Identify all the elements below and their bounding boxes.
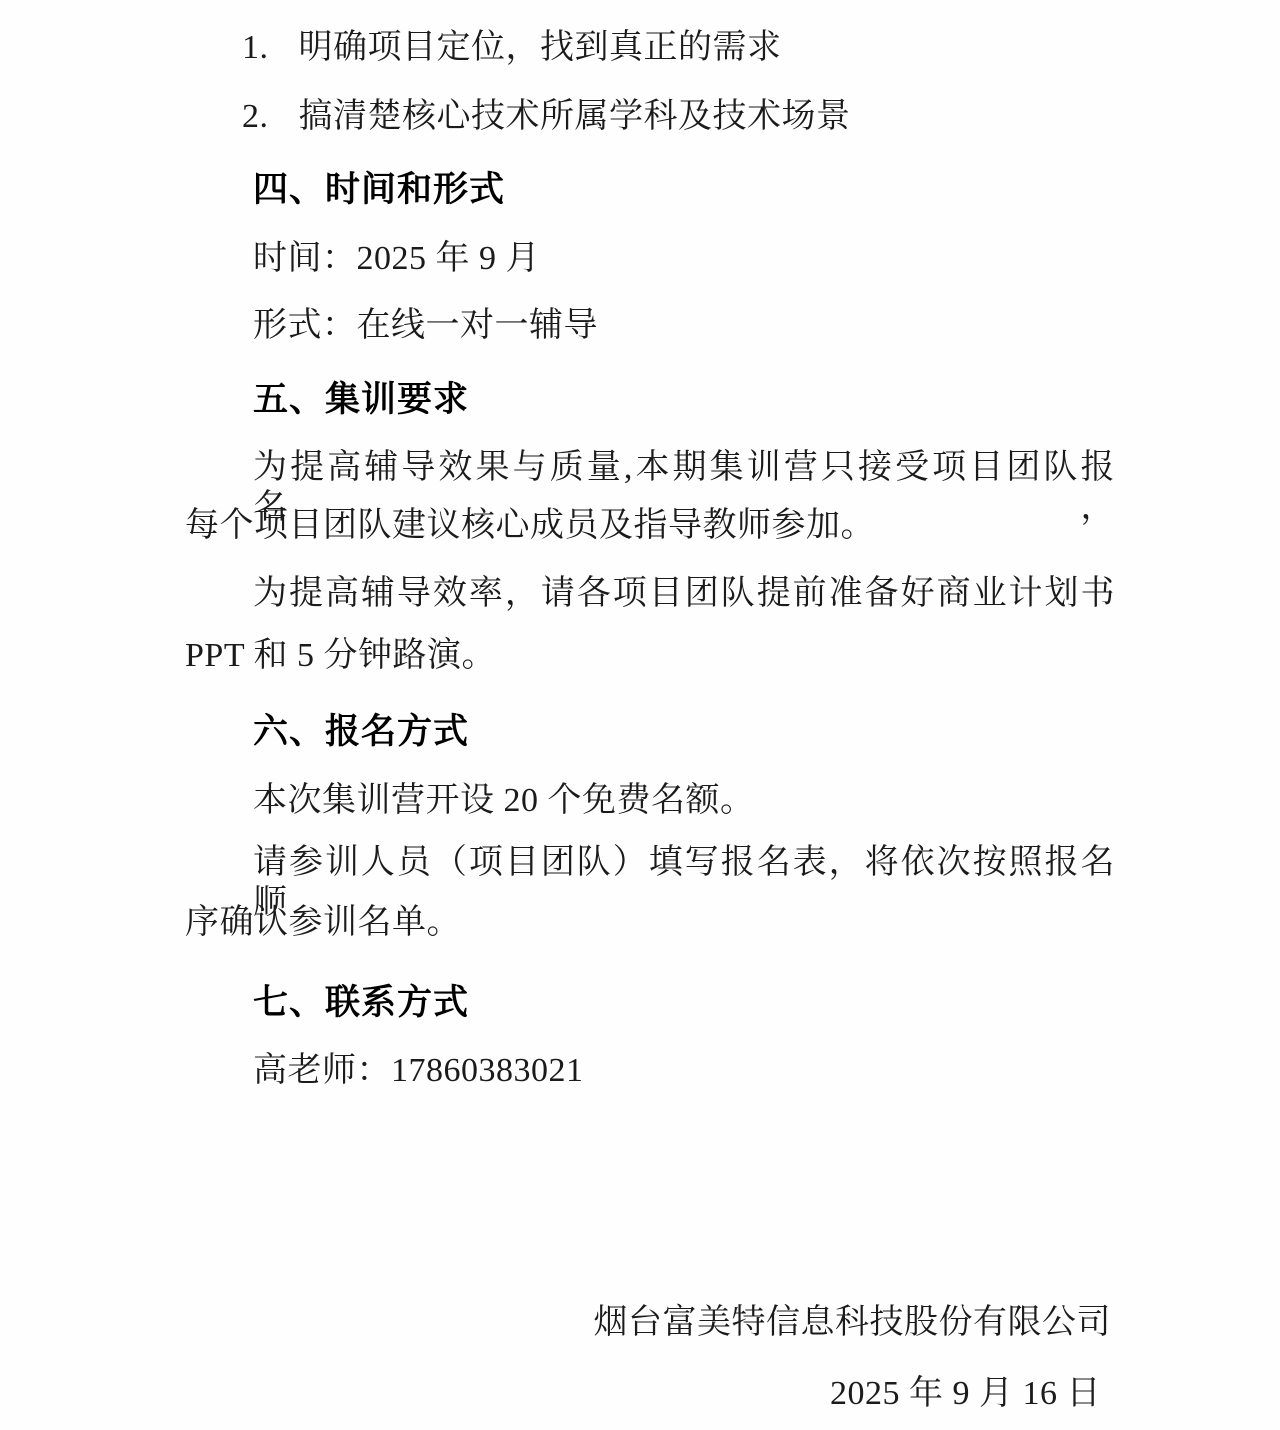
list-item-text: 明确项目定位，找到真正的需求 — [299, 29, 782, 66]
section-heading-time-format: 四、时间和形式 — [253, 170, 505, 210]
list-item: 1.明确项目定位，找到真正的需求 — [242, 28, 782, 68]
body-line: 序确认参训名单。 — [185, 903, 461, 943]
document-page: 1.明确项目定位，找到真正的需求 2.搞清楚核心技术所属学科及技术场景 四、时间… — [0, 0, 1280, 1430]
body-line-contact-phone: 高老师：17860383021 — [253, 1051, 584, 1091]
body-line: 本次集训营开设 20 个免费名额。 — [253, 781, 755, 821]
section-heading-contact: 七、联系方式 — [253, 983, 469, 1023]
list-item-text: 搞清楚核心技术所属学科及技术场景 — [299, 98, 851, 135]
body-line-time: 时间：2025 年 9 月 — [253, 239, 540, 279]
body-line-format: 形式：在线一对一辅导 — [253, 306, 598, 346]
body-line: 每个项目团队建议核心成员及指导教师参加。 — [185, 506, 875, 546]
signature-company: 烟台富美特信息科技股份有限公司 — [594, 1303, 1112, 1343]
section-heading-training-requirements: 五、集训要求 — [253, 380, 469, 420]
section-heading-registration: 六、报名方式 — [253, 712, 469, 752]
signature-date: 2025 年 9 月 16 日 — [830, 1374, 1101, 1414]
body-line: 为提高辅导效率，请各项目团队提前准备好商业计划书 — [253, 574, 1115, 614]
list-item: 2.搞清楚核心技术所属学科及技术场景 — [242, 97, 851, 137]
list-item-number: 2. — [242, 97, 269, 137]
list-item-number: 1. — [242, 28, 269, 68]
body-line: PPT 和 5 分钟路演。 — [185, 636, 496, 676]
